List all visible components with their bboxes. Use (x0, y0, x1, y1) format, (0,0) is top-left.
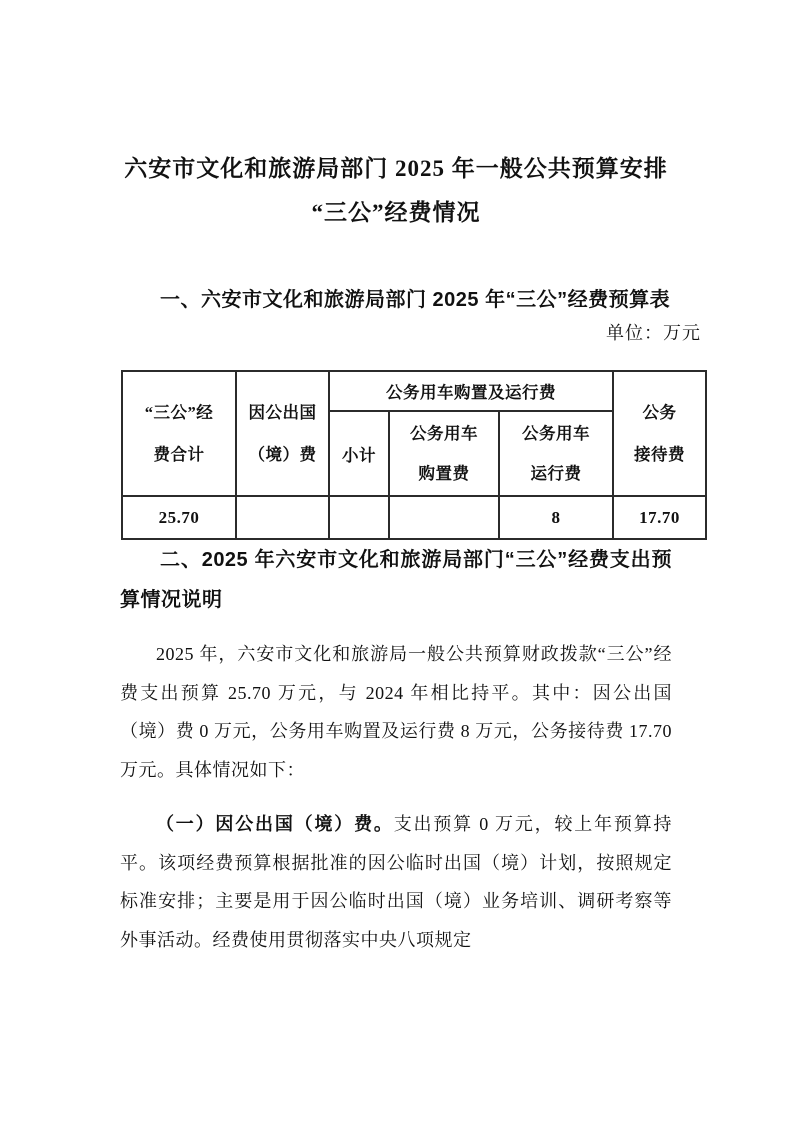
header-total-line2: 费合计 (123, 434, 235, 476)
value-cell-reception: 17.70 (613, 496, 706, 539)
item1-lead: （一）因公出国（境）费。 (156, 814, 394, 834)
value-cell-operation: 8 (499, 496, 613, 539)
header-cell-vehicle-group: 公务用车购置及运行费 (329, 371, 613, 411)
header-cell-purchase: 公务用车 购置费 (389, 411, 499, 496)
item1-paragraph: （一）因公出国（境）费。支出预算 0 万元，较上年预算持平。该项经费预算根据批准… (120, 805, 672, 959)
document-content: 六安市文化和旅游局部门 2025 年一般公共预算安排 “三公”经费情况 一、六安… (0, 0, 705, 959)
header-total-line1: “三公”经 (123, 392, 235, 434)
budget-table: “三公”经 费合计 因公出国 （境）费 公务用车购置及运行费 公务 接待费 小计 (121, 370, 707, 540)
value-cell-purchase (389, 496, 499, 539)
unit-note: 单位：万元 (120, 320, 701, 346)
document-page: 六安市文化和旅游局部门 2025 年一般公共预算安排 “三公”经费情况 一、六安… (0, 0, 793, 1122)
table-header-row-1: “三公”经 费合计 因公出国 （境）费 公务用车购置及运行费 公务 接待费 (122, 371, 706, 411)
header-purchase-line1: 公务用车 (390, 414, 498, 454)
header-cell-reception: 公务 接待费 (613, 371, 706, 496)
header-abroad-line2: （境）费 (237, 434, 328, 476)
document-title-line1: 六安市文化和旅游局部门 2025 年一般公共预算安排 (120, 147, 672, 191)
header-cell-total: “三公”经 费合计 (122, 371, 236, 496)
value-cell-total: 25.70 (122, 496, 236, 539)
header-reception-line1: 公务 (614, 392, 705, 434)
item1-body: 支出预算 0 万元，较上年预算持平。该项经费预算根据批准的因公临时出国（境）计划… (120, 814, 672, 950)
document-title: 六安市文化和旅游局部门 2025 年一般公共预算安排 “三公”经费情况 (120, 147, 672, 235)
document-title-line2: “三公”经费情况 (120, 191, 672, 235)
header-cell-abroad: 因公出国 （境）费 (236, 371, 329, 496)
header-operation-line1: 公务用车 (500, 414, 612, 454)
table-data-row: 25.70 8 17.70 (122, 496, 706, 539)
header-cell-subtotal: 小计 (329, 411, 389, 496)
section2-heading: 二、2025 年六安市文化和旅游局部门“三公”经费支出预算情况说明 (120, 540, 672, 620)
header-purchase-line2: 购置费 (390, 454, 498, 494)
value-cell-abroad (236, 496, 329, 539)
header-reception-line2: 接待费 (614, 434, 705, 476)
header-abroad-line1: 因公出国 (237, 392, 328, 434)
section1-heading: 一、六安市文化和旅游局部门 2025 年“三公”经费预算表 (120, 280, 672, 320)
section2-paragraph: 2025 年，六安市文化和旅游局一般公共预算财政拨款“三公”经费支出预算 25.… (120, 635, 672, 789)
header-cell-operation: 公务用车 运行费 (499, 411, 613, 496)
header-operation-line2: 运行费 (500, 454, 612, 494)
value-cell-subtotal (329, 496, 389, 539)
